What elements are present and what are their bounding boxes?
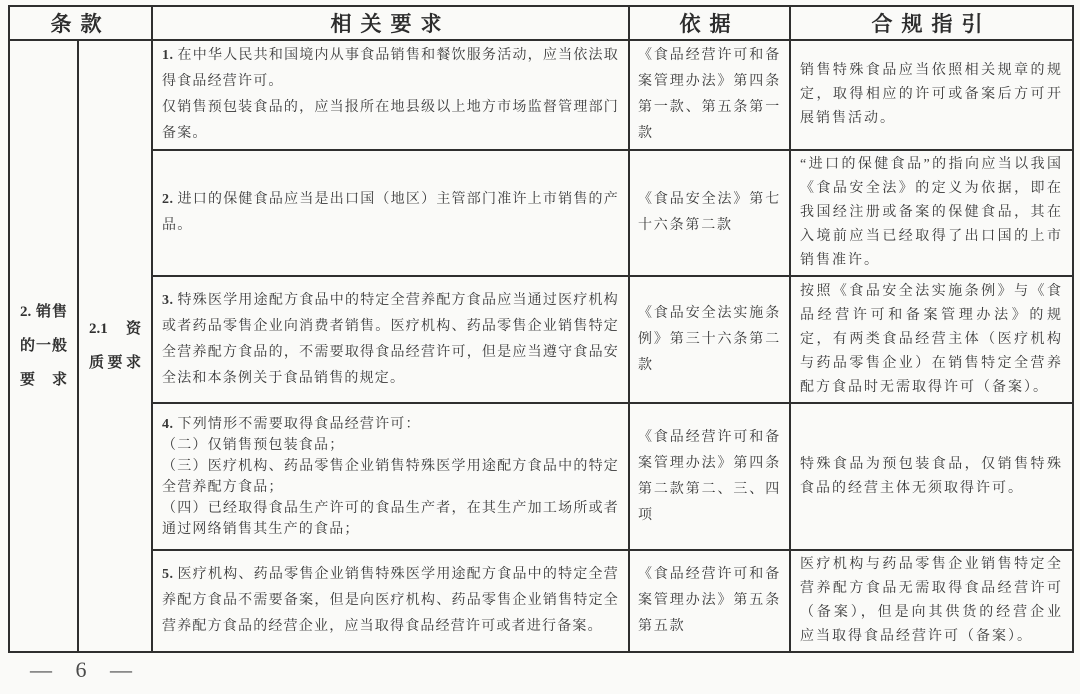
requirement-cell: 5.医疗机构、药品零售企业销售特殊医学用途配方食品中的特定全营养配方食品不需要备… xyxy=(152,550,629,652)
header-guideline: 合规指引 xyxy=(790,6,1073,40)
requirement-number: 5. xyxy=(162,567,174,582)
clause-subsection-line: 2.1 资 xyxy=(89,312,141,346)
requirement-text: （三）医疗机构、药品零售企业销售特殊医学用途配方食品中的特定全营养配方食品； xyxy=(162,456,619,498)
clause-subsection-line: 质要求 xyxy=(89,346,141,380)
requirement-text: 医疗机构、药品零售企业销售特殊医学用途配方食品中的特定全营养配方食品不需要备案，… xyxy=(162,567,619,634)
clause-section-cell: 2. 销售 的一般 要求 xyxy=(9,40,78,652)
basis-cell: 《食品安全法》第七十六条第二款 xyxy=(629,150,790,276)
table-row: 5.医疗机构、药品零售企业销售特殊医学用途配方食品中的特定全营养配方食品不需要备… xyxy=(9,550,1073,652)
header-basis: 依据 xyxy=(629,6,790,40)
requirement-cell: 1.在中华人民共和国境内从事食品销售和餐饮服务活动，应当依法取得食品经营许可。 … xyxy=(152,40,629,150)
header-requirement: 相关要求 xyxy=(152,6,629,40)
requirement-cell: 2.进口的保健食品应当是出口国（地区）主管部门准许上市销售的产品。 xyxy=(152,150,629,276)
clause-section-line: 2. 销售 xyxy=(20,295,67,329)
guideline-cell: “进口的保健食品”的指向应当以我国《食品安全法》的定义为依据，即在我国经注册或备… xyxy=(790,150,1073,276)
page-number: — 6 — xyxy=(30,657,134,683)
basis-cell: 《食品经营许可和备案管理办法》第四条第二款第二、三、四项 xyxy=(629,403,790,550)
guideline-cell: 按照《食品安全法实施条例》与《食品经营许可和备案管理办法》的规定，有两类食品经营… xyxy=(790,276,1073,403)
requirement-text: 下列情形不需要取得食品经营许可： xyxy=(178,417,421,432)
requirement-cell: 3.特殊医学用途配方食品中的特定全营养配方食品应当通过医疗机构或者药品零售企业向… xyxy=(152,276,629,403)
table-row: 4.下列情形不需要取得食品经营许可： （二）仅销售预包装食品； （三）医疗机构、… xyxy=(9,403,1073,550)
scanned-document-page: 条款 相关要求 依据 合规指引 2. 销售 的一般 要求 2.1 资 质要求 1… xyxy=(0,0,1080,694)
table-header-row: 条款 相关要求 依据 合规指引 xyxy=(9,6,1073,40)
guideline-cell: 特殊食品为预包装食品，仅销售特殊食品的经营主体无须取得许可。 xyxy=(790,403,1073,550)
requirement-text: （四）已经取得食品生产许可的食品生产者，在其生产加工场所或者通过网络销售其生产的… xyxy=(162,498,619,540)
clause-subsection-cell: 2.1 资 质要求 xyxy=(78,40,152,652)
requirement-number: 1. xyxy=(162,48,174,63)
requirement-cell: 4.下列情形不需要取得食品经营许可： （二）仅销售预包装食品； （三）医疗机构、… xyxy=(152,403,629,550)
guideline-cell: 销售特殊食品应当依照相关规章的规定，取得相应的许可或备案后方可开展销售活动。 xyxy=(790,40,1073,150)
basis-cell: 《食品安全法实施条例》第三十六条第二款 xyxy=(629,276,790,403)
table-row: 2. 销售 的一般 要求 2.1 资 质要求 1.在中华人民共和国境内从事食品销… xyxy=(9,40,1073,150)
requirement-text: 进口的保健食品应当是出口国（地区）主管部门准许上市销售的产品。 xyxy=(162,192,619,233)
table-row: 3.特殊医学用途配方食品中的特定全营养配方食品应当通过医疗机构或者药品零售企业向… xyxy=(9,276,1073,403)
header-clause: 条款 xyxy=(9,6,152,40)
basis-cell: 《食品经营许可和备案管理办法》第四条第一款、第五条第一款 xyxy=(629,40,790,150)
requirement-text: （二）仅销售预包装食品； xyxy=(162,435,619,456)
requirement-text: 仅销售预包装食品的，应当报所在地县级以上地方市场监督管理部门备案。 xyxy=(162,95,619,147)
requirement-number: 3. xyxy=(162,293,174,308)
compliance-table: 条款 相关要求 依据 合规指引 2. 销售 的一般 要求 2.1 资 质要求 1… xyxy=(8,5,1074,653)
guideline-cell: 医疗机构与药品零售企业销售特定全营养配方食品无需取得食品经营许可（备案），但是向… xyxy=(790,550,1073,652)
requirement-number: 4. xyxy=(162,417,174,432)
clause-section-line: 要求 xyxy=(20,363,67,397)
requirement-text: 特殊医学用途配方食品中的特定全营养配方食品应当通过医疗机构或者药品零售企业向消费… xyxy=(162,293,619,386)
table-row: 2.进口的保健食品应当是出口国（地区）主管部门准许上市销售的产品。 《食品安全法… xyxy=(9,150,1073,276)
basis-cell: 《食品经营许可和备案管理办法》第五条第五款 xyxy=(629,550,790,652)
requirement-text: 在中华人民共和国境内从事食品销售和餐饮服务活动，应当依法取得食品经营许可。 xyxy=(162,48,619,89)
requirement-number: 2. xyxy=(162,192,174,207)
clause-section-line: 的一般 xyxy=(20,329,67,363)
